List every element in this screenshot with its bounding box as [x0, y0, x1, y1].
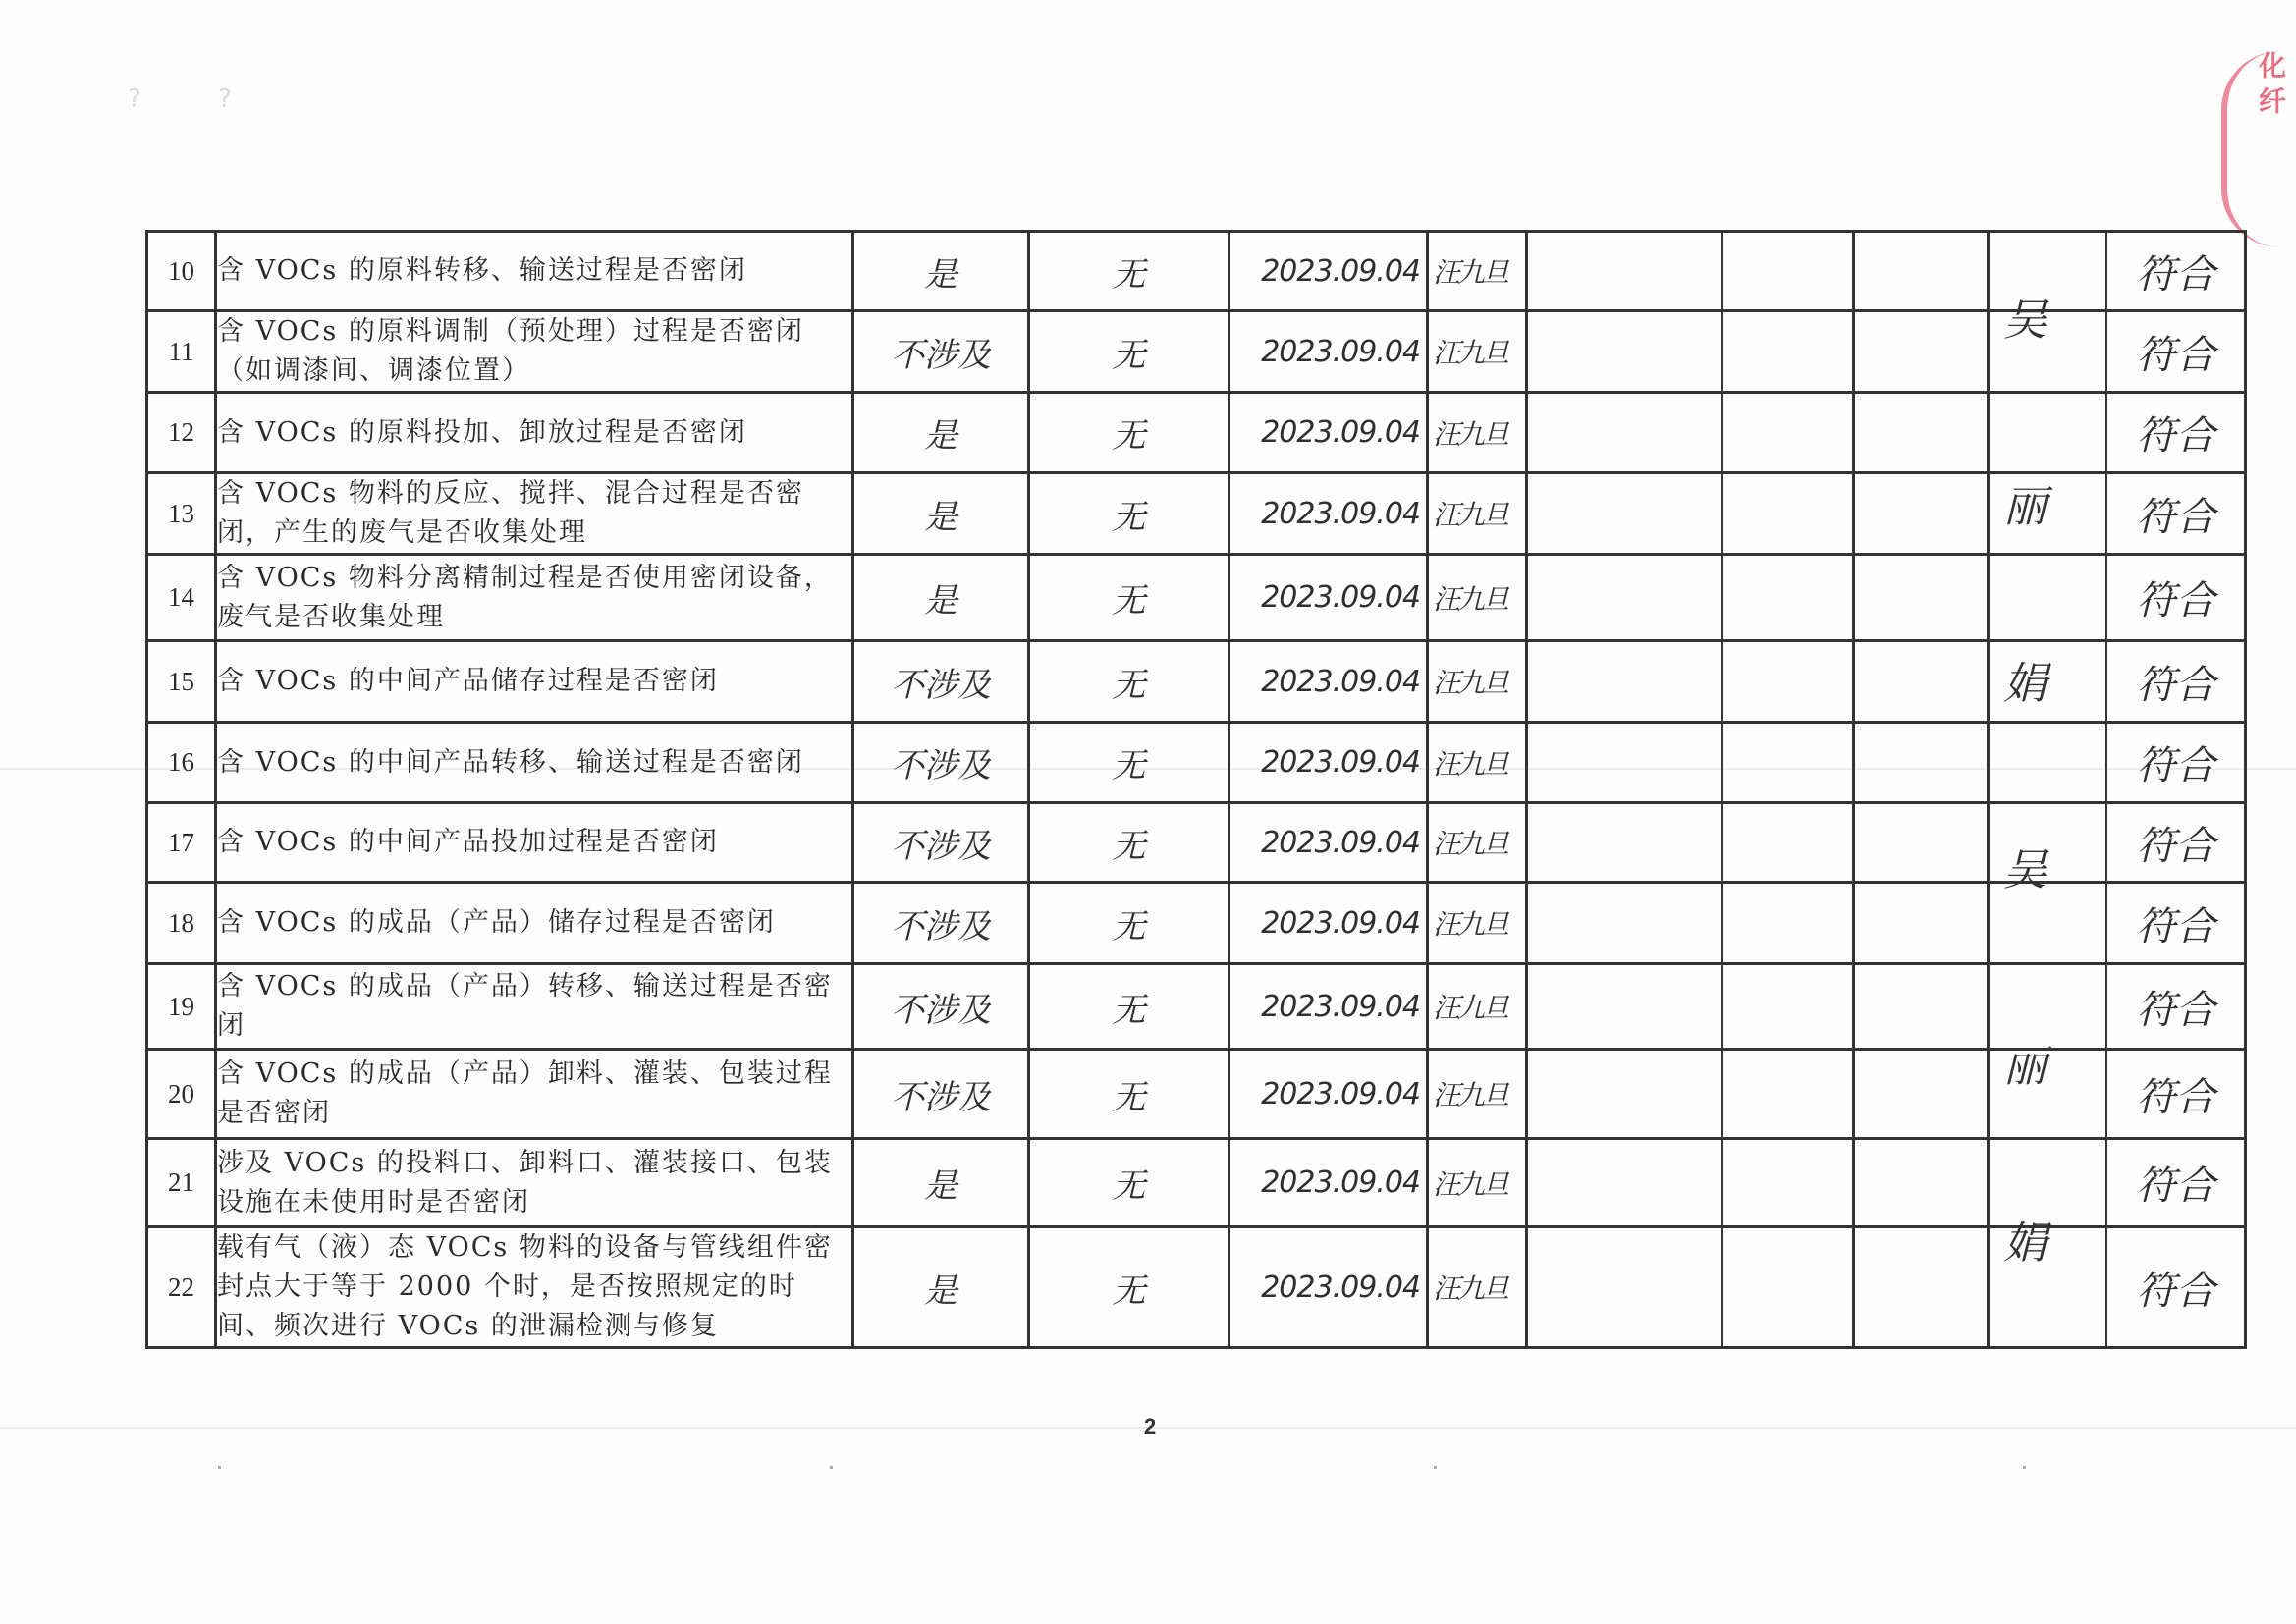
scan-bleed-mark: ? [128, 84, 141, 114]
inspection-item: 含 VOCs 的中间产品储存过程是否密闭 [216, 641, 853, 723]
table-row: 20含 VOCs 的成品（产品）卸料、灌装、包装过程是否密闭不涉及无2023.0… [147, 1050, 2246, 1139]
inspection-date-cell: 2023.09.04 [1230, 803, 1428, 883]
inspector-name-cell: 汪九旦 [1428, 964, 1527, 1050]
empty-cell [1527, 1139, 1722, 1227]
inspection-date-cell: 2023.09.04 [1230, 964, 1428, 1050]
reviewer-signature-cell [1989, 311, 2106, 393]
issue-found-cell: 无 [1029, 723, 1230, 803]
inspection-date-cell: 2023.09.04 [1230, 1139, 1428, 1227]
inspection-date-cell: 2023.09.04 [1230, 311, 1428, 393]
table-row: 22载有气（液）态 VOCs 物料的设备与管线组件密封点大于等于 2000 个时… [147, 1227, 2246, 1348]
inspection-date-cell: 2023.09.04 [1230, 1227, 1428, 1348]
inspector-name-cell: 汪九旦 [1428, 232, 1527, 311]
inspection-date-cell: 2023.09.04 [1230, 641, 1428, 723]
closed-status-cell: 是 [853, 1139, 1029, 1227]
closed-status-cell: 不涉及 [853, 803, 1029, 883]
empty-cell [1854, 232, 1989, 311]
reviewer-signature-cell [1989, 555, 2106, 641]
empty-cell [1854, 1227, 1989, 1348]
table-row: 16含 VOCs 的中间产品转移、输送过程是否密闭不涉及无2023.09.04汪… [147, 723, 2246, 803]
item-number: 17 [147, 803, 216, 883]
result-cell: 符合 [2106, 1139, 2246, 1227]
item-number: 11 [147, 311, 216, 393]
reviewer-signature-cell [1989, 641, 2106, 723]
issue-found-cell: 无 [1029, 1139, 1230, 1227]
item-number: 22 [147, 1227, 216, 1348]
result-cell: 符合 [2106, 1227, 2246, 1348]
item-number: 10 [147, 232, 216, 311]
empty-cell [1527, 883, 1722, 964]
inspector-name-cell: 汪九旦 [1428, 311, 1527, 393]
item-number: 16 [147, 723, 216, 803]
empty-cell [1854, 473, 1989, 555]
table-row: 12含 VOCs 的原料投加、卸放过程是否密闭是无2023.09.04汪九旦符合 [147, 393, 2246, 473]
empty-cell [1527, 393, 1722, 473]
inspector-name-cell: 汪九旦 [1428, 1139, 1527, 1227]
reviewer-signature-cell [1989, 803, 2106, 883]
item-number: 12 [147, 393, 216, 473]
item-number: 18 [147, 883, 216, 964]
inspection-date-cell: 2023.09.04 [1230, 473, 1428, 555]
inspection-item: 含 VOCs 的中间产品投加过程是否密闭 [216, 803, 853, 883]
empty-cell [1527, 473, 1722, 555]
reviewer-signature-cell [1989, 1139, 2106, 1227]
inspection-item: 含 VOCs 物料分离精制过程是否使用密闭设备，废气是否收集处理 [216, 555, 853, 641]
result-cell: 符合 [2106, 964, 2246, 1050]
empty-cell [1722, 473, 1854, 555]
result-cell: 符合 [2106, 555, 2246, 641]
inspection-date-cell: 2023.09.04 [1230, 393, 1428, 473]
empty-cell [1527, 803, 1722, 883]
closed-status-cell: 是 [853, 393, 1029, 473]
table-row: 21涉及 VOCs 的投料口、卸料口、灌装接口、包装设施在未使用时是否密闭是无2… [147, 1139, 2246, 1227]
voc-inspection-table: 10含 VOCs 的原料转移、输送过程是否密闭是无2023.09.04汪九旦符合… [145, 230, 2247, 1349]
issue-found-cell: 无 [1029, 641, 1230, 723]
closed-status-cell: 不涉及 [853, 641, 1029, 723]
table-row: 13含 VOCs 物料的反应、搅拌、混合过程是否密闭，产生的废气是否收集处理是无… [147, 473, 2246, 555]
reviewer-signature-cell [1989, 473, 2106, 555]
issue-found-cell: 无 [1029, 393, 1230, 473]
empty-cell [1722, 555, 1854, 641]
empty-cell [1527, 555, 1722, 641]
empty-cell [1854, 641, 1989, 723]
result-cell: 符合 [2106, 232, 2246, 311]
result-cell: 符合 [2106, 311, 2246, 393]
inspector-name-cell: 汪九旦 [1428, 1227, 1527, 1348]
scan-dot [218, 1466, 221, 1469]
issue-found-cell: 无 [1029, 803, 1230, 883]
item-number: 21 [147, 1139, 216, 1227]
table-row: 15含 VOCs 的中间产品储存过程是否密闭不涉及无2023.09.04汪九旦符… [147, 641, 2246, 723]
item-number: 13 [147, 473, 216, 555]
inspection-item: 载有气（液）态 VOCs 物料的设备与管线组件密封点大于等于 2000 个时，是… [216, 1227, 853, 1348]
inspection-item: 含 VOCs 的成品（产品）储存过程是否密闭 [216, 883, 853, 964]
empty-cell [1722, 964, 1854, 1050]
scan-dot [830, 1466, 833, 1469]
empty-cell [1722, 803, 1854, 883]
table-row: 10含 VOCs 的原料转移、输送过程是否密闭是无2023.09.04汪九旦符合 [147, 232, 2246, 311]
reviewer-signature-cell [1989, 393, 2106, 473]
scan-dot [2023, 1466, 2026, 1469]
empty-cell [1527, 1227, 1722, 1348]
inspection-item: 含 VOCs 的原料调制（预处理）过程是否密闭（如调漆间、调漆位置） [216, 311, 853, 393]
result-cell: 符合 [2106, 723, 2246, 803]
item-number: 14 [147, 555, 216, 641]
reviewer-signature-cell [1989, 964, 2106, 1050]
inspection-date-cell: 2023.09.04 [1230, 883, 1428, 964]
empty-cell [1722, 883, 1854, 964]
empty-cell [1722, 311, 1854, 393]
closed-status-cell: 不涉及 [853, 723, 1029, 803]
inspection-date-cell: 2023.09.04 [1230, 232, 1428, 311]
issue-found-cell: 无 [1029, 883, 1230, 964]
reviewer-signature-cell [1989, 1050, 2106, 1139]
empty-cell [1722, 1050, 1854, 1139]
issue-found-cell: 无 [1029, 311, 1230, 393]
empty-cell [1722, 1227, 1854, 1348]
item-number: 20 [147, 1050, 216, 1139]
table-row: 19含 VOCs 的成品（产品）转移、输送过程是否密闭不涉及无2023.09.0… [147, 964, 2246, 1050]
empty-cell [1722, 1139, 1854, 1227]
result-cell: 符合 [2106, 393, 2246, 473]
empty-cell [1854, 723, 1989, 803]
issue-found-cell: 无 [1029, 473, 1230, 555]
issue-found-cell: 无 [1029, 555, 1230, 641]
closed-status-cell: 不涉及 [853, 883, 1029, 964]
inspection-date-cell: 2023.09.04 [1230, 1050, 1428, 1139]
closed-status-cell: 是 [853, 473, 1029, 555]
inspection-item: 涉及 VOCs 的投料口、卸料口、灌装接口、包装设施在未使用时是否密闭 [216, 1139, 853, 1227]
result-cell: 符合 [2106, 883, 2246, 964]
empty-cell [1854, 964, 1989, 1050]
table-row: 18含 VOCs 的成品（产品）储存过程是否密闭不涉及无2023.09.04汪九… [147, 883, 2246, 964]
empty-cell [1722, 641, 1854, 723]
reviewer-signature-cell [1989, 1227, 2106, 1348]
inspection-item: 含 VOCs 的原料转移、输送过程是否密闭 [216, 232, 853, 311]
page-number: 2 [1144, 1414, 1156, 1439]
reviewer-signature-cell [1989, 723, 2106, 803]
empty-cell [1722, 393, 1854, 473]
item-number: 15 [147, 641, 216, 723]
scan-dot [1434, 1466, 1437, 1469]
reviewer-signature-cell [1989, 883, 2106, 964]
empty-cell [1854, 555, 1989, 641]
inspection-item: 含 VOCs 的原料投加、卸放过程是否密闭 [216, 393, 853, 473]
empty-cell [1854, 1139, 1989, 1227]
closed-status-cell: 是 [853, 555, 1029, 641]
item-number: 19 [147, 964, 216, 1050]
result-cell: 符合 [2106, 1050, 2246, 1139]
inspection-item: 含 VOCs 的成品（产品）转移、输送过程是否密闭 [216, 964, 853, 1050]
inspection-item: 含 VOCs 的中间产品转移、输送过程是否密闭 [216, 723, 853, 803]
inspection-date-cell: 2023.09.04 [1230, 555, 1428, 641]
inspector-name-cell: 汪九旦 [1428, 641, 1527, 723]
inspector-name-cell: 汪九旦 [1428, 473, 1527, 555]
reviewer-signature-cell [1989, 232, 2106, 311]
empty-cell [1527, 723, 1722, 803]
result-cell: 符合 [2106, 473, 2246, 555]
table-row: 11含 VOCs 的原料调制（预处理）过程是否密闭（如调漆间、调漆位置）不涉及无… [147, 311, 2246, 393]
closed-status-cell: 不涉及 [853, 1050, 1029, 1139]
empty-cell [1527, 232, 1722, 311]
inspector-name-cell: 汪九旦 [1428, 555, 1527, 641]
empty-cell [1722, 232, 1854, 311]
inspector-name-cell: 汪九旦 [1428, 723, 1527, 803]
issue-found-cell: 无 [1029, 1050, 1230, 1139]
closed-status-cell: 不涉及 [853, 311, 1029, 393]
inspection-date-cell: 2023.09.04 [1230, 723, 1428, 803]
empty-cell [1854, 803, 1989, 883]
inspector-name-cell: 汪九旦 [1428, 883, 1527, 964]
empty-cell [1854, 1050, 1989, 1139]
closed-status-cell: 不涉及 [853, 964, 1029, 1050]
issue-found-cell: 无 [1029, 1227, 1230, 1348]
empty-cell [1854, 883, 1989, 964]
inspection-item: 含 VOCs 的成品（产品）卸料、灌装、包装过程是否密闭 [216, 1050, 853, 1139]
scan-bleed-mark: ? [218, 84, 232, 114]
inspector-name-cell: 汪九旦 [1428, 803, 1527, 883]
empty-cell [1527, 1050, 1722, 1139]
company-seal-stamp: 化纤 [2221, 51, 2290, 247]
empty-cell [1854, 311, 1989, 393]
closed-status-cell: 是 [853, 232, 1029, 311]
issue-found-cell: 无 [1029, 232, 1230, 311]
inspection-item: 含 VOCs 物料的反应、搅拌、混合过程是否密闭，产生的废气是否收集处理 [216, 473, 853, 555]
result-cell: 符合 [2106, 641, 2246, 723]
empty-cell [1527, 964, 1722, 1050]
empty-cell [1854, 393, 1989, 473]
closed-status-cell: 是 [853, 1227, 1029, 1348]
result-cell: 符合 [2106, 803, 2246, 883]
empty-cell [1527, 311, 1722, 393]
table-row: 17含 VOCs 的中间产品投加过程是否密闭不涉及无2023.09.04汪九旦符… [147, 803, 2246, 883]
empty-cell [1527, 641, 1722, 723]
table-row: 14含 VOCs 物料分离精制过程是否使用密闭设备，废气是否收集处理是无2023… [147, 555, 2246, 641]
issue-found-cell: 无 [1029, 964, 1230, 1050]
inspector-name-cell: 汪九旦 [1428, 1050, 1527, 1139]
empty-cell [1722, 723, 1854, 803]
inspector-name-cell: 汪九旦 [1428, 393, 1527, 473]
